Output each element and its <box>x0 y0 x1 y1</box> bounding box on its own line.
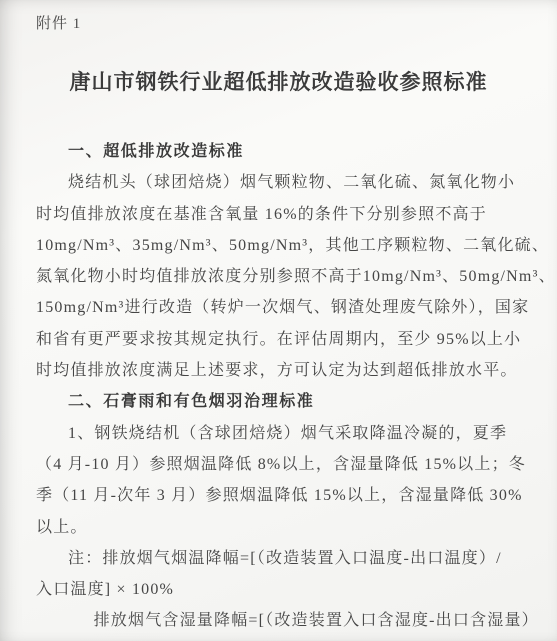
section-1-heading: 一、超低排放改造标准 <box>36 136 531 167</box>
paragraph-line: （4 月-10 月）参照烟温降低 8%以上，含湿量降低 15%以上；冬 <box>36 449 531 480</box>
paragraph-line: 烧结机头（球团焙烧）烟气颗粒物、二氧化硫、氮氧化物小 <box>36 167 531 198</box>
paragraph-line: 和省有更严要求按其规定执行。在评估周期内，至少 95%以上小 <box>36 324 531 355</box>
paragraph-line: 时均值排放浓度在基准含氧量 16%的条件下分别参照不高于 <box>36 199 531 230</box>
paragraph-line: 氮氧化物小时均值排放浓度分别参照不高于10mg/Nm³、50mg/Nm³、 <box>36 261 531 292</box>
paragraph-line: 10mg/Nm³、35mg/Nm³、50mg/Nm³，其他工序颗粒物、二氧化硫、 <box>36 230 531 261</box>
scanned-document-page: 附件 1 唐山市钢铁行业超低排放改造验收参照标准 一、超低排放改造标准 烧结机头… <box>0 0 557 641</box>
note-formula-line: 注：排放烟气烟温降幅=[（改造装置入口温度-出口温度）/ <box>36 543 531 574</box>
note-formula-line: 排放烟气含湿量降幅=[（改造装置入口含湿度-出口含湿量） <box>36 605 531 636</box>
paragraph-line: 时均值排放浓度满足上述要求，方可认定为达到超低排放水平。 <box>36 355 531 386</box>
paragraph-line: 150mg/Nm³进行改造（转炉一次烟气、钢渣处理废气除外），国家 <box>36 292 531 323</box>
document-body: 一、超低排放改造标准 烧结机头（球团焙烧）烟气颗粒物、二氧化硫、氮氧化物小 时均… <box>36 136 531 637</box>
paragraph-line: 以上。 <box>36 512 531 543</box>
section-2-heading: 二、石膏雨和有色烟羽治理标准 <box>36 386 531 417</box>
note-formula-line: 入口温度] × 100% <box>36 574 531 605</box>
attachment-label: 附件 1 <box>36 12 81 33</box>
paragraph-line: 1、钢铁烧结机（含球团焙烧）烟气采取降温冷凝的，夏季 <box>36 418 531 449</box>
document-title: 唐山市钢铁行业超低排放改造验收参照标准 <box>0 66 557 96</box>
paragraph-line: 季（11 月-次年 3 月）参照烟温降低 15%以上，含湿量降低 30% <box>36 480 531 511</box>
